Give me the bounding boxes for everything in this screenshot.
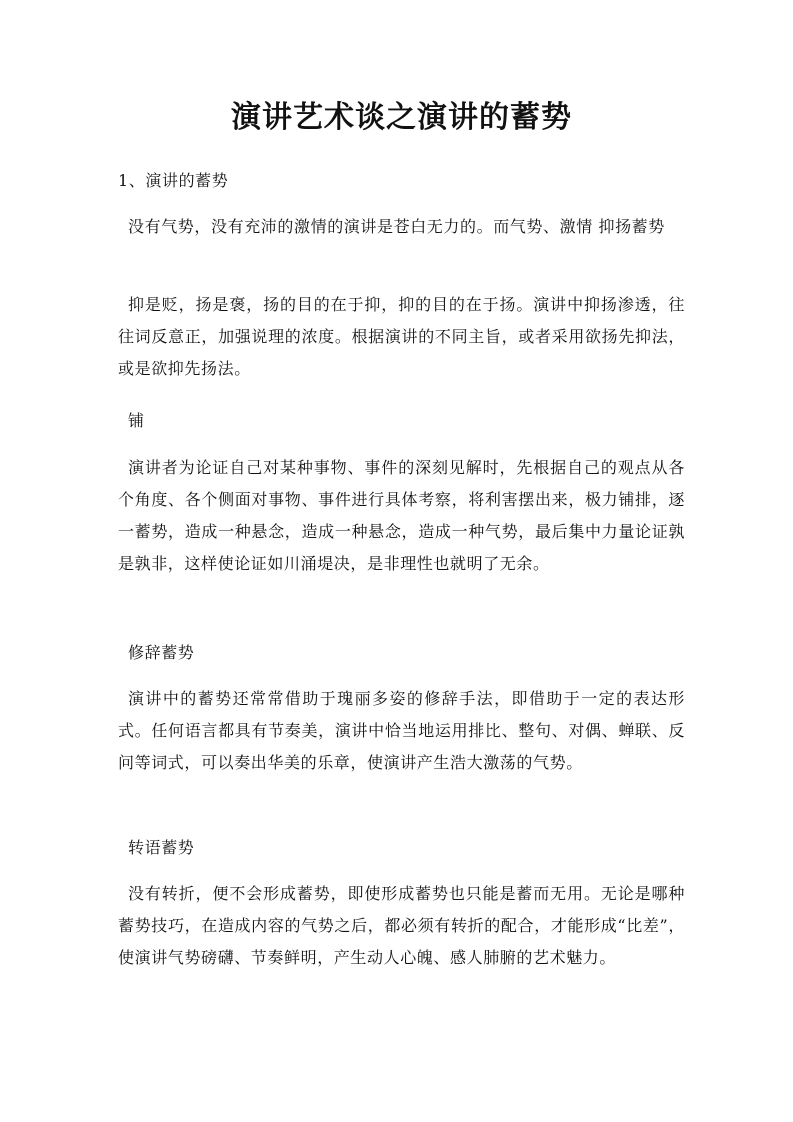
document-title: 演讲艺术谈之演讲的蓄势	[118, 98, 685, 138]
body-paragraph: 演讲中的蓄势还常常借助于瑰丽多姿的修辞手法，即借助于一定的表达形式。任何语言都具…	[118, 683, 685, 779]
body-paragraph: 抑是贬，扬是褒，扬的目的在于抑，抑的目的在于扬。演讲中抑扬渗透，往往词反意正，加…	[118, 289, 685, 385]
subheading-rhetoric: 修辞蓄势	[118, 637, 685, 669]
subheading-pu: 铺	[118, 405, 685, 437]
section-heading: 1、演讲的蓄势	[118, 165, 685, 197]
subheading-transition: 转语蓄势	[118, 832, 685, 864]
body-paragraph: 没有转折，便不会形成蓄势，即使形成蓄势也只能是蓄而无用。无论是哪种蓄势技巧，在造…	[118, 878, 685, 974]
body-paragraph: 没有气势，没有充沛的激情的演讲是苍白无力的。而气势、激情 抑扬蓄势	[118, 211, 685, 243]
body-paragraph: 演讲者为论证自己对某种事物、事件的深刻见解时，先根据自己的观点从各个角度、各个侧…	[118, 452, 685, 580]
